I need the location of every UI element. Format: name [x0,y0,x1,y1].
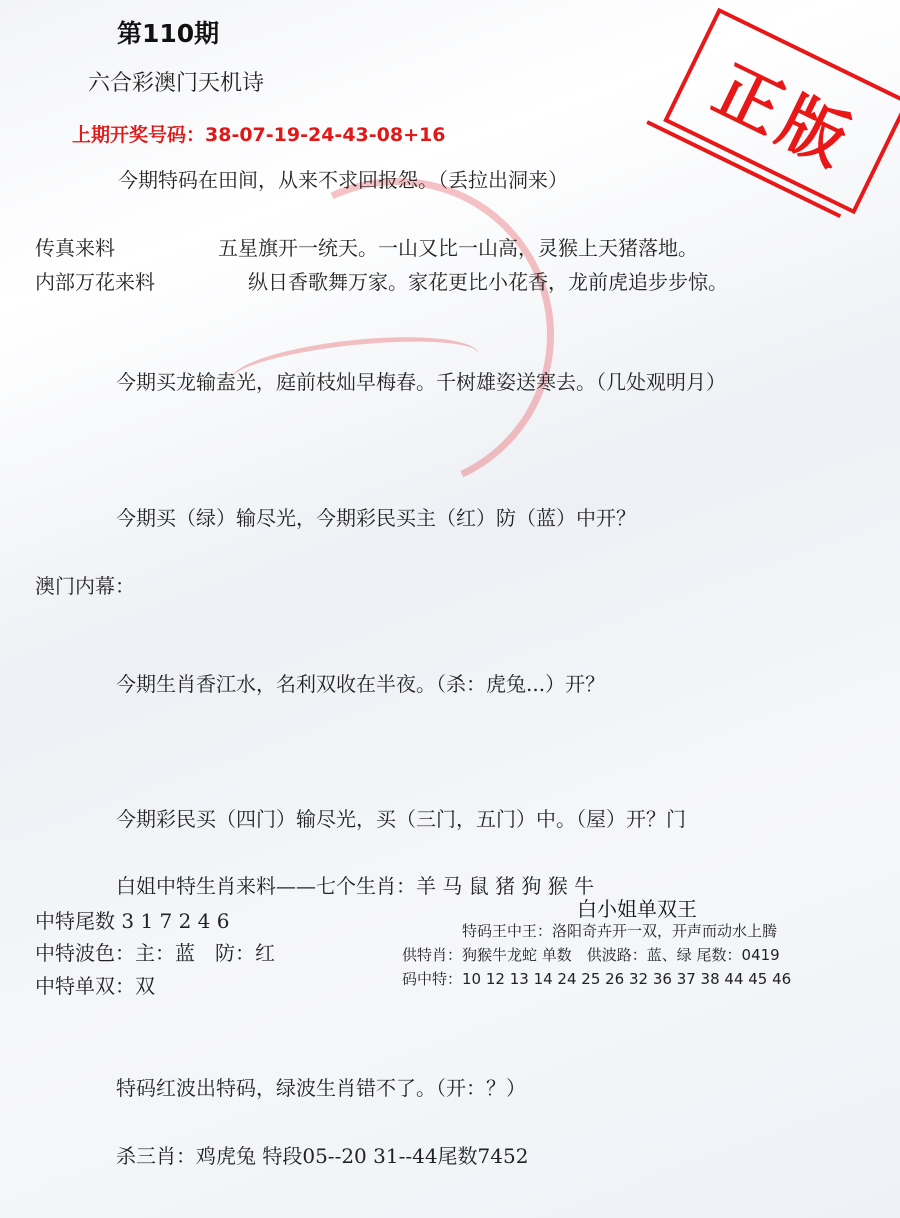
box-line-3: 码中特：10 12 13 14 24 25 26 32 36 37 38 44 … [402,968,791,989]
poem-line-4: 今期生肖香江水，名利双收在半夜。（杀：虎兔...）开？ [116,668,605,697]
poem-line-1: 今期特码在田间，从来不求回报怨。（丢拉出洞来） [118,164,568,193]
previous-result-numbers: 38-07-19-24-43-08+16 [205,124,445,146]
box-line-1: 特码王中王：洛阳奇卉开一双，开声而动水上腾 [462,920,777,941]
page-subtitle: 六合彩澳门天机诗 [88,66,264,97]
odd-even: 中特单双：双 [35,970,155,999]
internal-source-text: 纵日香歌舞万家。家花更比小花香，龙前虎追步步惊。 [248,266,728,295]
bai-zodiac-line: 白姐中特生肖来料——七个生肖：羊 马 鼠 猪 狗 猴 牛 [116,870,594,899]
fax-source-text: 五星旗开一统天。一山又比一山高，灵猴上天猪落地。 [218,232,698,261]
tail-numbers: 中特尾数 3 1 7 2 4 6 [35,905,230,934]
previous-result-label: 上期开奖号码： [72,124,205,146]
issue-title: 第110期 [117,14,219,50]
stamp-text: 正版 [701,37,872,186]
previous-result: 上期开奖号码：38-07-19-24-43-08+16 [72,120,445,147]
wave-color: 中特波色：主：蓝 防：红 [35,937,275,966]
fax-source-label: 传真来料 [35,232,115,261]
box-title: 白小姐单双王 [577,893,697,922]
watermark-seal-arc [196,134,598,536]
macau-inside-heading: 澳门内幕： [35,570,135,599]
authentic-stamp: 正版 [663,8,900,215]
kill-three-zodiac: 杀三肖：鸡虎兔 特段05--20 31--44尾数7452 [116,1140,528,1169]
poem-line-5: 今期彩民买（四门）输尽光，买（三门，五门）中。（屋）开？门 [116,803,686,832]
poem-line-6: 特码红波出特码，绿波生肖错不了。（开：？） [116,1072,526,1101]
box-line-2: 供特肖：狗猴牛龙蛇 单数 供波路：蓝、绿 尾数：0419 [402,944,780,965]
poem-line-2: 今期买龙输盍光，庭前枝灿早梅春。千树雄姿送寒去。（几处观明月） [116,366,726,395]
internal-source-label: 内部万花来料 [35,266,155,295]
poem-line-3: 今期买（绿）输尽光，今期彩民买主（红）防（蓝）中开？ [116,502,636,531]
